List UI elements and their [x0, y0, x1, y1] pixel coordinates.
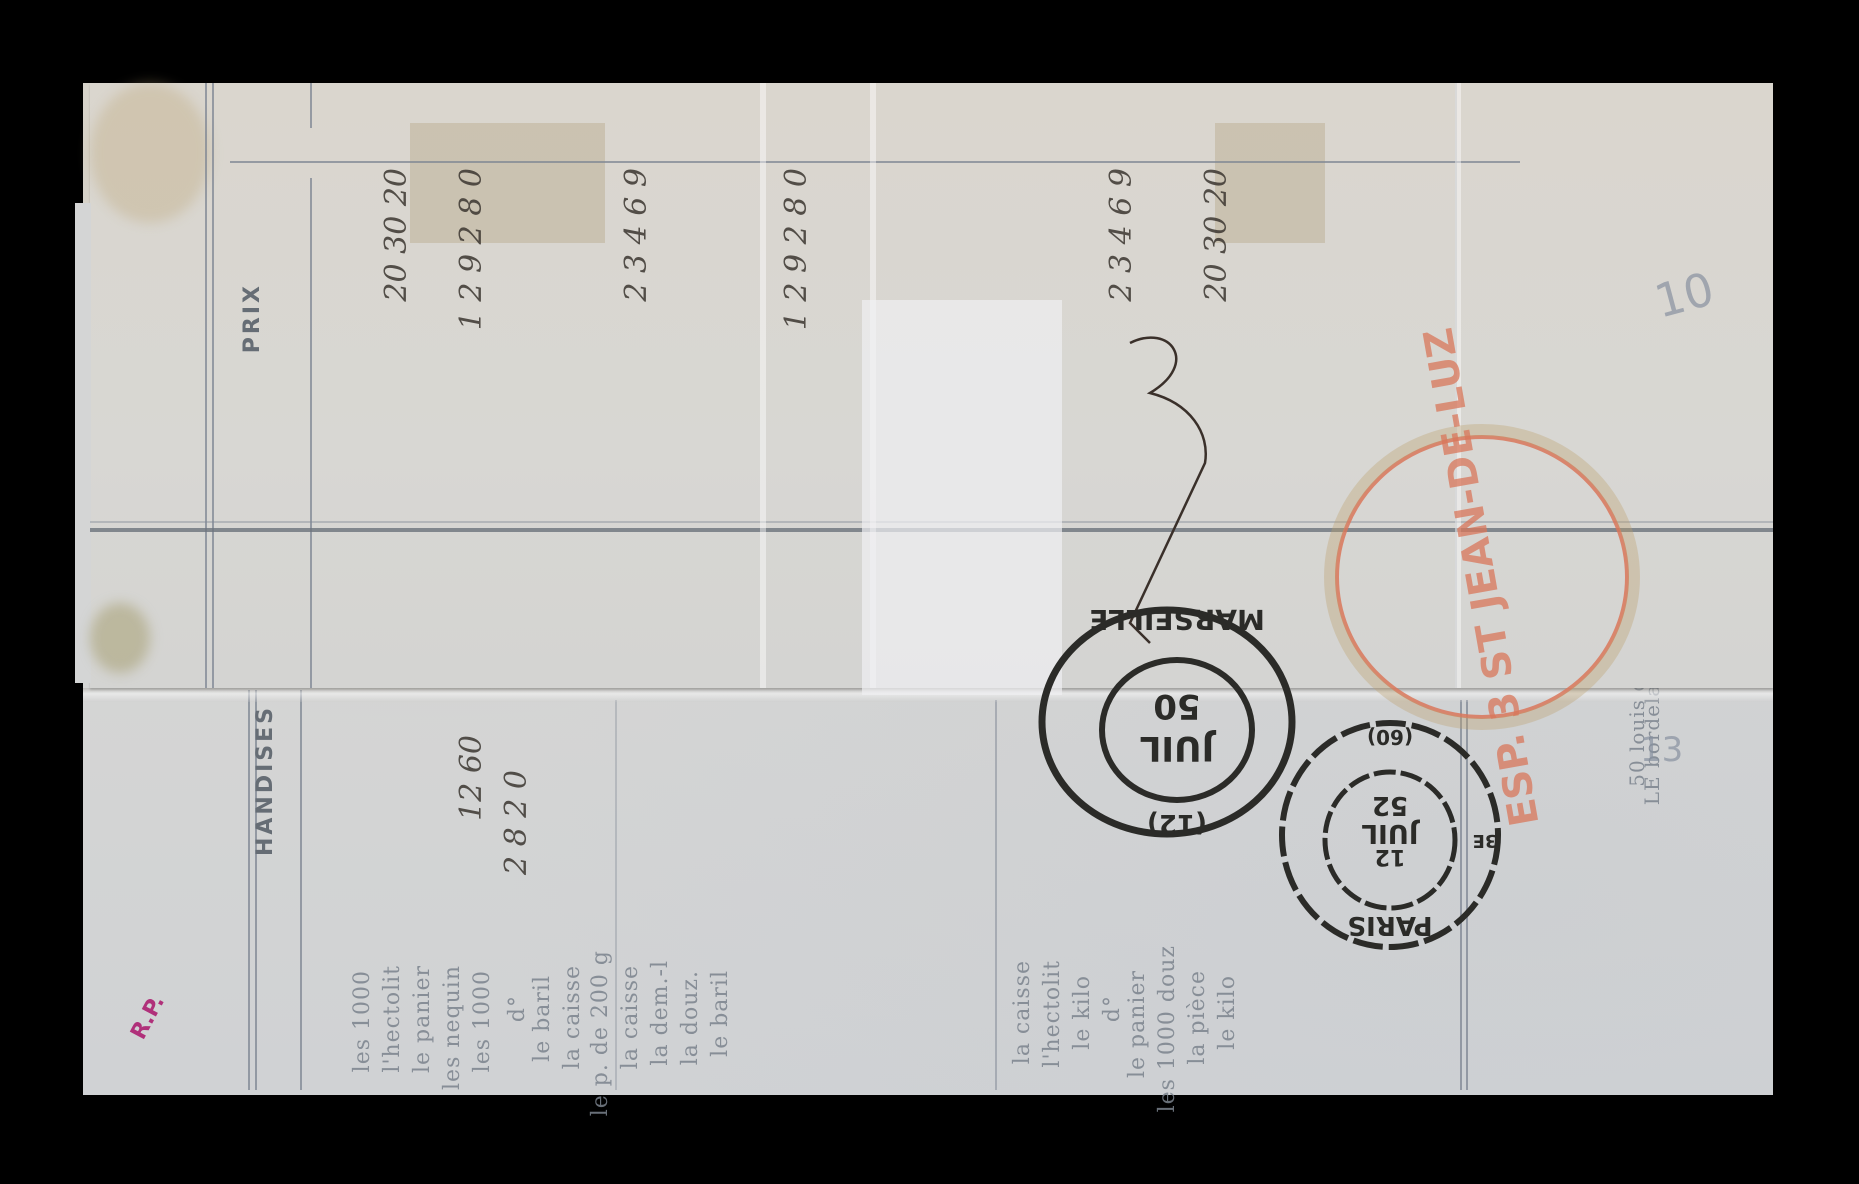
column-rule	[212, 83, 214, 688]
printed-unit: le kilo	[1215, 975, 1240, 1050]
postmark-paris: 12 JUIL 52 (60) PARIS 3E	[1275, 715, 1505, 955]
tissue-repair	[862, 300, 1062, 695]
printed-unit: la caisse	[560, 965, 585, 1069]
printed-unit: la dem.-l	[648, 960, 673, 1066]
column-rule	[615, 700, 617, 1090]
header-prix: PRIX	[240, 283, 265, 353]
column-rule	[310, 83, 312, 128]
stain	[90, 83, 210, 223]
printed-unit: le panier	[1125, 970, 1150, 1078]
printed-unit: le p. de 200 g	[588, 950, 613, 1116]
svg-text:JUIL: JUIL	[1361, 818, 1420, 848]
handwritten-prices: 1 2 9 2 8 0	[780, 168, 813, 330]
svg-text:50: 50	[1153, 686, 1200, 726]
handwritten-prices: 20 30 20	[1200, 168, 1233, 302]
printed-unit: les 1000	[470, 970, 495, 1072]
column-rule	[995, 700, 997, 1090]
column-rule	[205, 83, 207, 688]
svg-text:52: 52	[1372, 790, 1408, 820]
svg-text:(12): (12)	[1147, 808, 1207, 838]
printed-unit: la caisse	[1010, 960, 1035, 1064]
pencil-mark: 13	[1640, 730, 1683, 770]
column-rule	[248, 690, 250, 1090]
svg-text:JUIL: JUIL	[1140, 728, 1217, 768]
svg-text:PARIS: PARIS	[1347, 910, 1432, 940]
printed-unit: le kilo	[1070, 975, 1095, 1050]
printed-unit: la caisse	[618, 965, 643, 1069]
printed-unit: l'hectolit	[1040, 960, 1065, 1068]
printed-unit: le baril	[708, 970, 733, 1057]
handwritten-prices: 2 3 4 6 9	[620, 168, 653, 302]
handwritten-prices: 2 3 4 6 9	[1105, 168, 1138, 302]
tape-hinge	[410, 123, 605, 243]
pencil-mark: 10	[1649, 261, 1720, 328]
printed-unit: d°	[505, 995, 530, 1022]
handwritten-prices: 20 30 20	[380, 168, 413, 302]
paper-crease	[760, 83, 766, 688]
column-rule	[300, 690, 302, 1090]
printed-unit: la douz.	[678, 970, 703, 1065]
postmark-marseille: JUIL 50 (12) MARSEILLE	[1035, 605, 1300, 840]
postmark-red-entry: ESP. 3 ST JEAN-DE-LUZ	[1330, 430, 1635, 725]
printed-unit: les nequin	[440, 965, 465, 1090]
column-rule	[310, 178, 312, 688]
printed-unit: le panier	[410, 965, 435, 1073]
printed-unit: le baril	[530, 975, 555, 1062]
handwritten-note: 12 60	[455, 735, 488, 821]
svg-text:(60): (60)	[1367, 725, 1413, 749]
header-marchandises: HANDISES	[253, 705, 278, 856]
svg-text:3E: 3E	[1473, 830, 1498, 851]
printed-unit: les 1000	[350, 970, 375, 1072]
printed-unit: l'hectolit	[380, 965, 405, 1073]
printed-unit: d°	[1100, 995, 1125, 1022]
handwritten-prices: 1 2 9 2 8 0	[455, 168, 488, 330]
printed-unit: les 1000 douz	[1155, 945, 1180, 1112]
stain	[90, 603, 150, 673]
flap-edge	[75, 203, 91, 683]
handwritten-note: 2 8 2 0	[500, 770, 533, 875]
printed-unit: la pièce	[1185, 970, 1210, 1065]
svg-text:MARSEILLE: MARSEILLE	[1089, 603, 1265, 636]
